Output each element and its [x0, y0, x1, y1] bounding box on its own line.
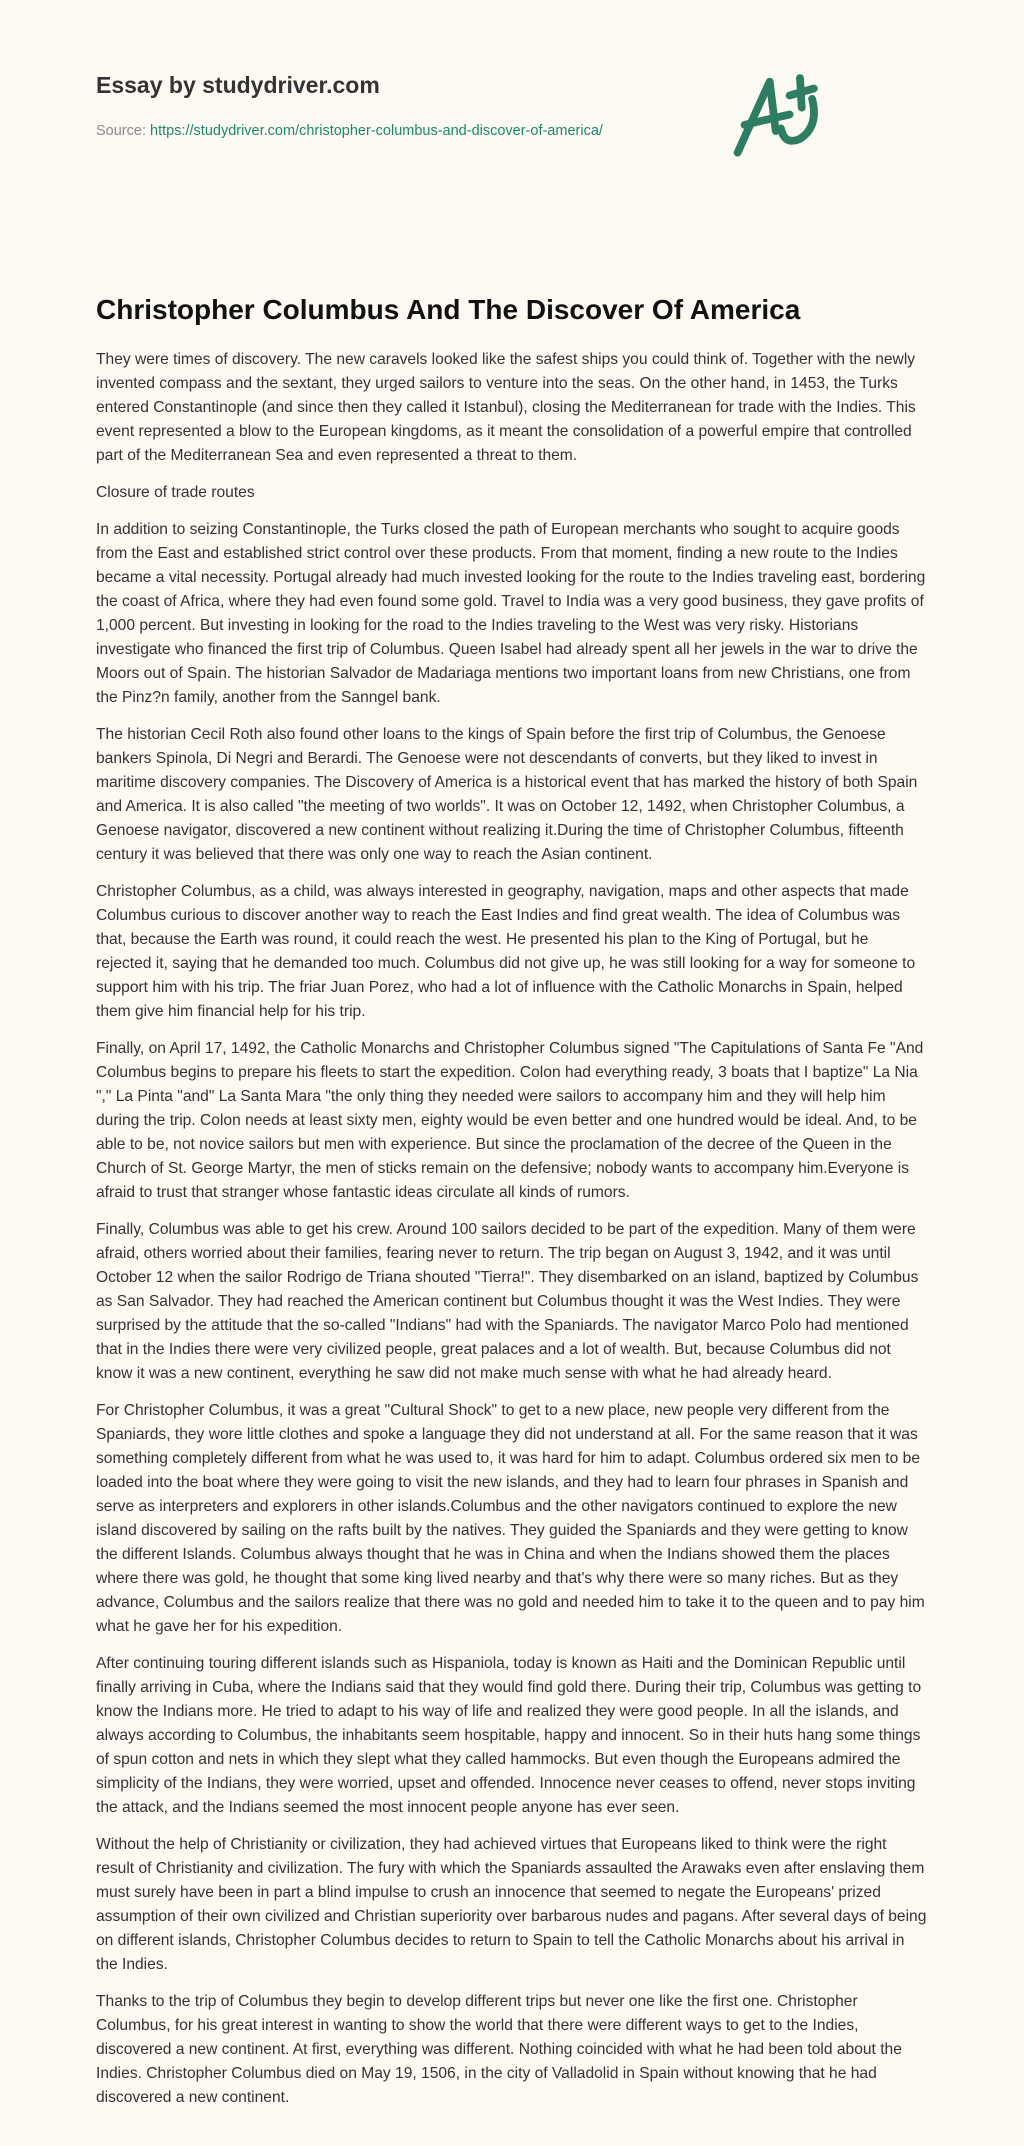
essay-paragraph: After continuing touring different islan… — [96, 1652, 928, 1820]
essay-paragraph: In addition to seizing Constantinople, t… — [96, 518, 928, 710]
site-title: Essay by studydriver.com — [96, 72, 380, 99]
a-plus-grade-icon — [722, 66, 826, 170]
essay-content: Christopher Columbus And The Discover Of… — [96, 256, 928, 2110]
section-heading-closure-of-trade-routes: Closure of trade routes — [96, 481, 928, 505]
essay-paragraph: Without the help of Christianity or civi… — [96, 1833, 928, 1977]
essay-paragraph: For Christopher Columbus, it was a great… — [96, 1399, 928, 1639]
page-header: Essay by studydriver.com Source: https:/… — [96, 0, 928, 220]
essay-body: They were times of discovery. The new ca… — [96, 348, 928, 2110]
essay-paragraph: Thanks to the trip of Columbus they begi… — [96, 1990, 928, 2110]
essay-paragraph: Christopher Columbus, as a child, was al… — [96, 880, 928, 1024]
essay-paragraph: The historian Cecil Roth also found othe… — [96, 723, 928, 867]
essay-title: Christopher Columbus And The Discover Of… — [96, 256, 928, 328]
essay-paragraph: Finally, Columbus was able to get his cr… — [96, 1218, 928, 1386]
essay-page: Essay by studydriver.com Source: https:/… — [0, 0, 1024, 2110]
source-line: Source: https://studydriver.com/christop… — [96, 123, 603, 139]
essay-paragraph: Finally, on April 17, 1492, the Catholic… — [96, 1037, 928, 1205]
source-link[interactable]: https://studydriver.com/christopher-colu… — [150, 123, 603, 139]
essay-paragraph: They were times of discovery. The new ca… — [96, 348, 928, 468]
source-label: Source: — [96, 123, 146, 139]
